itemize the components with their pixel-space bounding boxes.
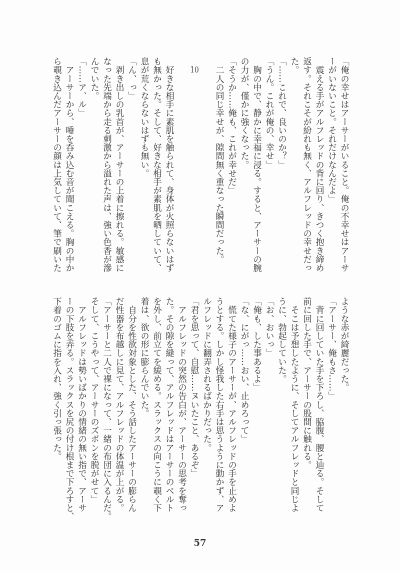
section-heading: 10 — [188, 57, 201, 273]
text-line: 好きな相手に素肌を触られて、身体が火照らないはず — [163, 57, 176, 273]
text-line: 「な、にがっ……おい、止めろって」 — [238, 297, 251, 513]
blank-line — [175, 57, 188, 273]
text-line: ーの下肢を弄る。スラックスを尻の付け根まで下ろすと、 — [63, 297, 76, 513]
text-line: そして、こうやって、アーサーのズボンを脱がせて」 — [88, 297, 101, 513]
text-line: も無かった。そして、好きな相手が素肌を晒していて、 — [150, 57, 163, 273]
text-line: 「お、おいっ」 — [263, 297, 276, 513]
text-line: アルフレッドは勢いばかりの情緒の無い指で、アーサ — [75, 297, 88, 513]
text-line: 「ん、っ」 — [125, 57, 138, 273]
text-line: を外し、前立てを緩める。スラックスの向こうに覗く下 — [150, 297, 163, 513]
text-tier-top: 「俺の幸せはアーサーがいること。俺の不幸せはアーサ ーがいないこと。それだけなん… — [50, 57, 350, 273]
text-line: 「……これで、良いのか？」 — [275, 57, 288, 273]
page-number: 57 — [0, 539, 400, 549]
text-line: ーがいないこと。それだけなんだよ」 — [325, 57, 338, 273]
text-line: なった先端から走る刺激から溢れた声は、強い色香が滲 — [100, 57, 113, 273]
text-line: んでいた。 — [88, 57, 101, 273]
text-line: 自分を性欲対象とした、そう話したアーサーの膨らん — [125, 297, 138, 513]
blank-line — [200, 57, 213, 273]
text-line: 震える手がアルフレッドの背に回り、きつく抱き締め — [313, 57, 326, 273]
section-number: 10 — [190, 66, 199, 74]
text-line: ような赤が綺麗だった。 — [338, 297, 351, 513]
text-line: 「そうか……俺も、これが幸せだ」 — [225, 57, 238, 273]
text-line: 「アーサーと二人で裸になって、一緒の布団に入るんだ。 — [100, 297, 113, 513]
text-line: た。その隙を縫って、アルフレッドはアーサーのベルト — [163, 297, 176, 513]
text-line: 「俺も、した事あるよ」 — [250, 297, 263, 513]
text-line: 返す。それこそが紛れも無く、アルフレッドの幸せだっ — [300, 57, 313, 273]
text-line: 息が荒くならないはずも無い。 — [138, 57, 151, 273]
text-line: 二人の同じ幸せが、隙間無く重なった瞬間だった。 — [213, 57, 226, 273]
text-line: 「……ア、ル」 — [75, 57, 88, 273]
text-line: うに、勃起していた。 — [275, 297, 288, 513]
text-line: 胸の中で、静かに幸福に浸る。すると、アーサーの腕 — [250, 57, 263, 273]
text-line: の力が、僅かに強くなった。 — [238, 57, 251, 273]
text-line: 「アーサー、俺もさ……」 — [325, 297, 338, 513]
text-line: 「君を思って、自慰……ヌいたこと、あるぞ」 — [188, 297, 201, 513]
text-line: アルフレッドの突然の告白が、アーサーの思考を奪っ — [175, 297, 188, 513]
text-line: うとする。しかし怪我した右手は思うように動かず、ア — [213, 297, 226, 513]
text-line: だ性器を布越しに見て、アルフレッドの体温が上がる。 — [113, 297, 126, 513]
text-line: 着は、欲の形に膨らんでいた。 — [138, 297, 151, 513]
text-line: 慌てた様子のアーサーが、アルフレッドの手を止めよ — [225, 297, 238, 513]
text-tier-bottom: ような赤が綺麗だった。 「アーサー、俺もさ……」 背に回していた手を下ろし、脇腹… — [50, 297, 350, 513]
text-line: アーサーから、唾を呑み込む音が聞こえる。胸の中か — [63, 57, 76, 273]
text-line: 剥き出しの乳首が、アーサーの上着に擦れる。敏感に — [113, 57, 126, 273]
text-line: 背に回していた手を下ろし、脇腹、腰と辿る。そして — [313, 297, 326, 513]
text-line: そこは予想したように、そしてアルフレッドと同じよ — [288, 297, 301, 513]
text-line: た。 — [288, 57, 301, 273]
text-line: ら覗き込んだアーサーの顔は上気していて、筆で刷いた — [50, 57, 63, 273]
text-line: 下着のゴムに指を入れ、強く引っ張った。 — [50, 297, 63, 513]
text-line: ルフレッドに翻弄されるばかりだった。 — [200, 297, 213, 513]
text-line: 前に回した手で、アーサーの股間に触れる。 — [300, 297, 313, 513]
text-line: 「うん。これが俺の、幸せ」 — [263, 57, 276, 273]
text-line: 「俺の幸せはアーサーがいること。俺の不幸せはアーサ — [338, 57, 351, 273]
